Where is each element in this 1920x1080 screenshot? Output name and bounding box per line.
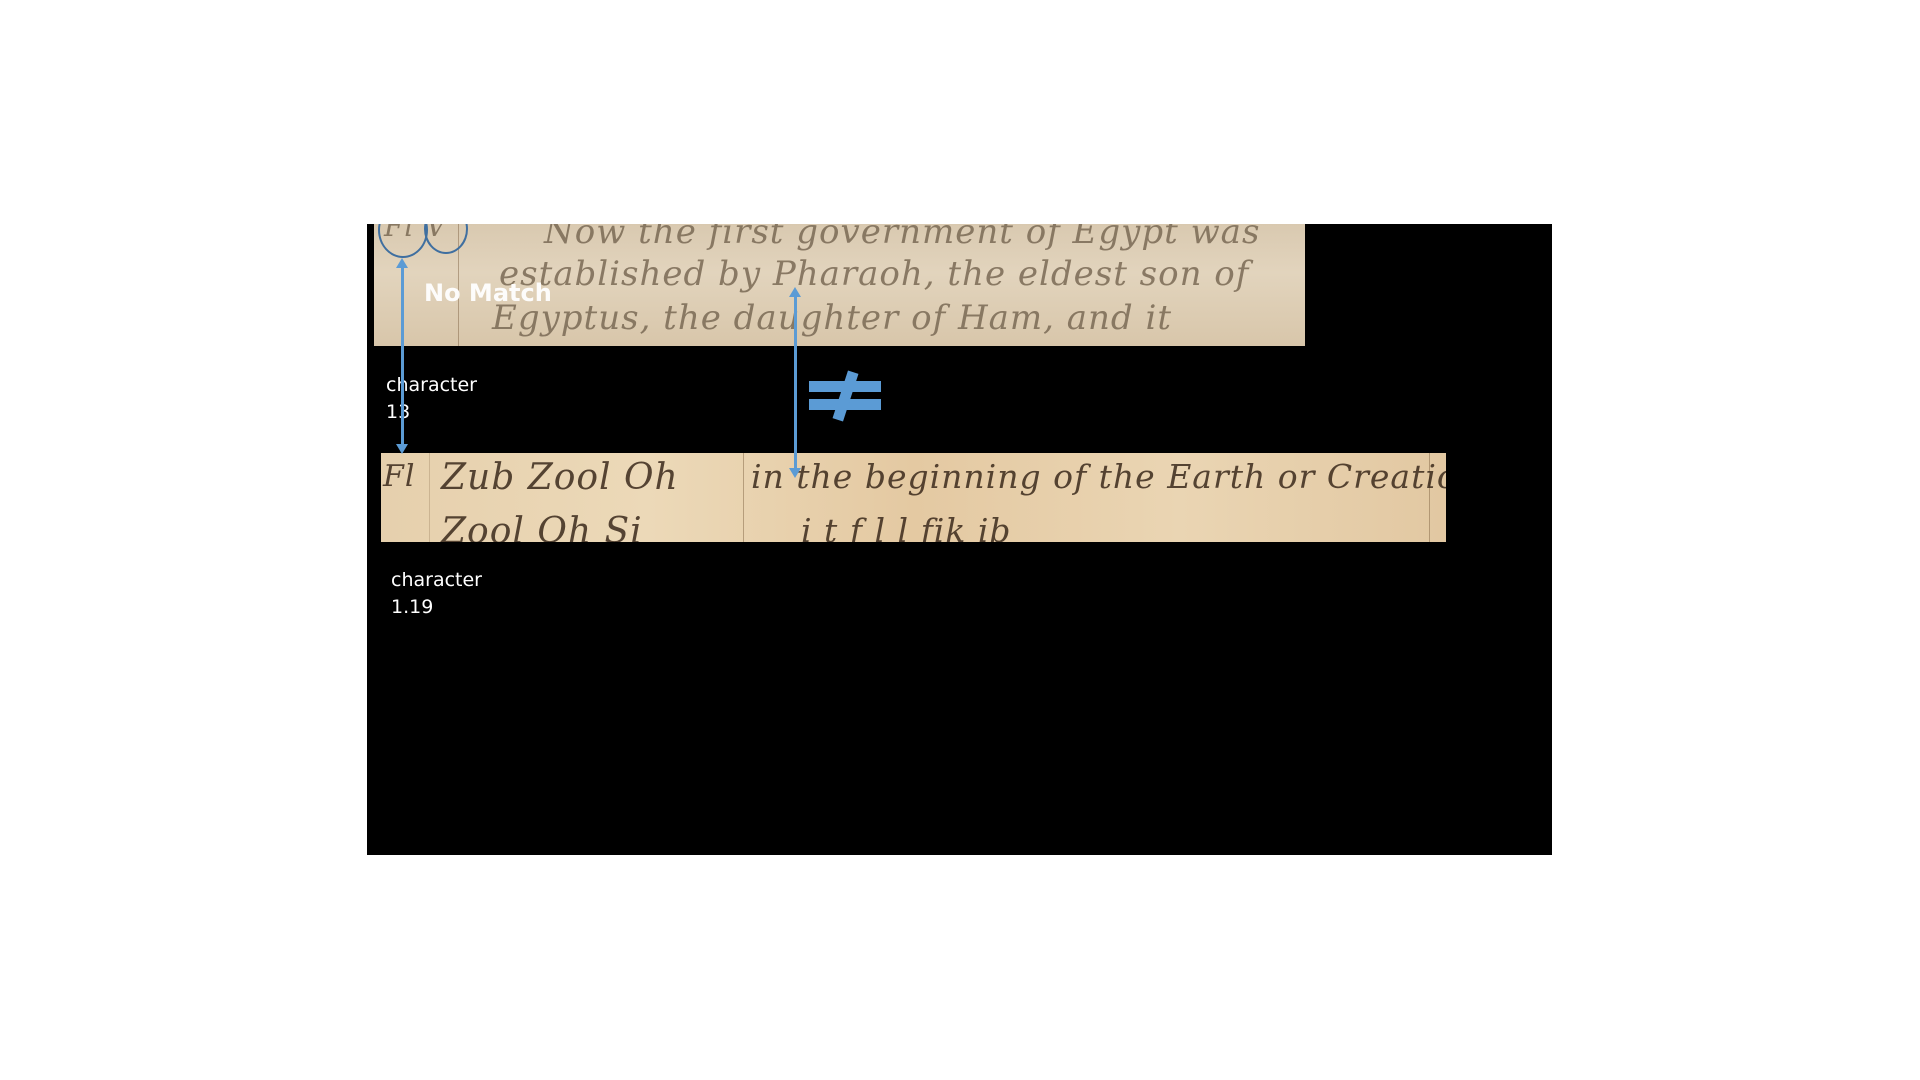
translation-line: in the beginning of the Earth or Creatio… (751, 457, 1446, 496)
bottom-character-caption: character 1.19 (391, 567, 482, 621)
arrow-head-down (396, 444, 408, 454)
arrow-head-down (789, 468, 801, 478)
caption-text: character (386, 372, 477, 399)
column-rule (429, 453, 430, 542)
highlight-circle-2 (424, 224, 468, 254)
second-row-left: Zool Oh Si (441, 511, 643, 542)
arrow-shaft (794, 295, 797, 470)
caption-value: 1.19 (391, 594, 482, 621)
transliteration-line: Zub Zool Oh (441, 457, 679, 498)
column-rule (743, 453, 744, 542)
slide-canvas: Fl V Now the first government of Egypt w… (367, 224, 1552, 855)
manuscript-line-3: Egyptus, the daughter of Ham, and it (492, 298, 1172, 338)
no-match-label: No Match (424, 279, 552, 307)
arrow-shaft (401, 266, 404, 446)
caption-text: character (391, 567, 482, 594)
caption-value: 13 (386, 399, 477, 426)
manuscript-line-2: established by Pharaoh, the eldest son o… (499, 254, 1249, 294)
highlight-circle-1 (378, 224, 428, 258)
bottom-manuscript-image: Fl Zub Zool Oh in the beginning of the E… (381, 453, 1446, 542)
second-row-right: i t f l l fik ib (801, 511, 1012, 542)
top-character-caption: character 13 (386, 372, 477, 426)
manuscript-line-1: Now the first government of Egypt was (544, 224, 1260, 252)
not-equal-icon (809, 375, 881, 417)
glyph: Fl (383, 459, 415, 494)
